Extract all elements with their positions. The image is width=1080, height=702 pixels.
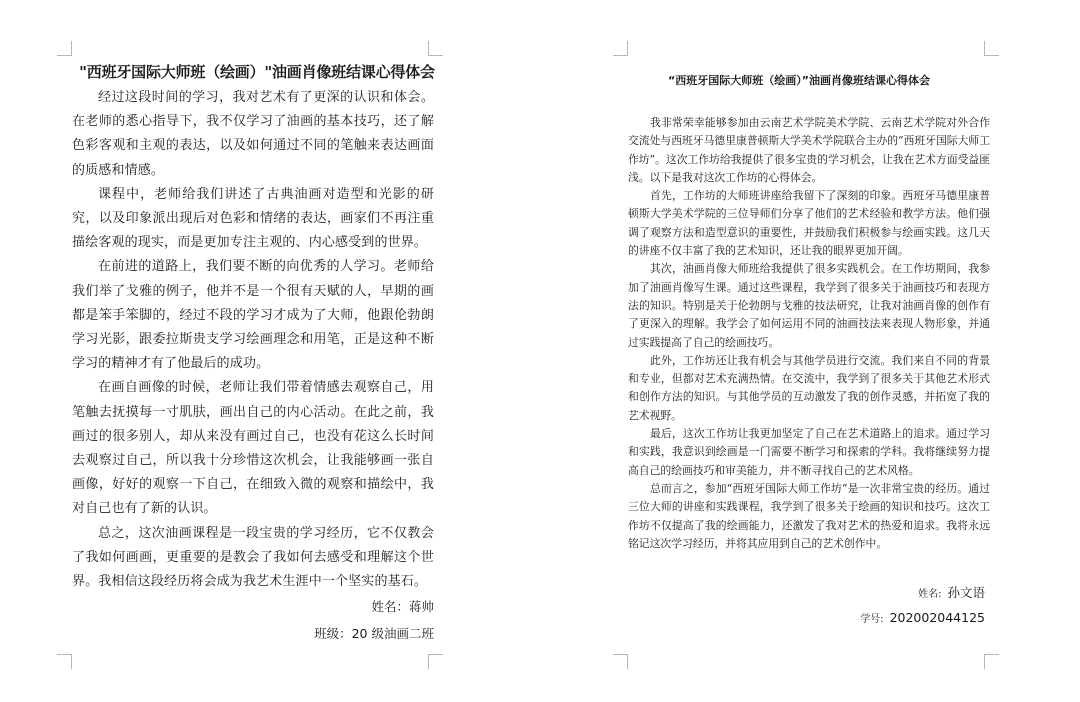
- crop-mark-top-right: [984, 41, 999, 56]
- crop-mark-top-left: [613, 41, 628, 56]
- crop-mark-top-left: [57, 41, 72, 56]
- paragraph: 其次，油画肖像大师班给我提供了很多实践机会。在工作坊期间，我参加了油画肖像写生课…: [628, 260, 990, 351]
- essay-body: 经过这段时间的学习，我对艺术有了更深的认识和体会。在老师的悉心指导下，我不仅学习…: [72, 86, 434, 594]
- name-value: 孙文语: [947, 585, 985, 600]
- left-document-page: "西班牙国际大师班（绘画）"油画肖像班结课心得体会 经过这段时间的学习，我对艺术…: [0, 0, 540, 702]
- crop-mark-bottom-right: [984, 654, 999, 669]
- crop-mark-top-right: [428, 41, 443, 56]
- page-title: “西班牙国际大师班（绘画）”油画肖像班结课心得体会: [668, 72, 998, 88]
- author-class: 班级：20 级油画二班: [314, 624, 434, 642]
- page-title: "西班牙国际大师班（绘画）"油画肖像班结课心得体会: [72, 61, 442, 82]
- paragraph: 经过这段时间的学习，我对艺术有了更深的认识和体会。在老师的悉心指导下，我不仅学习…: [72, 86, 434, 183]
- paragraph: 在前进的道路上，我们要不断的向优秀的人学习。老师给我们举了戈雅的例子，他并不是一…: [72, 255, 434, 376]
- crop-mark-bottom-left: [57, 654, 72, 669]
- name-label: 姓名:: [918, 589, 941, 600]
- essay-body: 我非常荣幸能够参加由云南艺术学院美术学院、云南艺术学院对外合作交流处与西班牙马德…: [628, 114, 990, 553]
- paragraph: 总之，这次油画课程是一段宝贵的学习经历，它不仅教会了我如何画画，更重要的是教会了…: [72, 522, 434, 595]
- paragraph: 我非常荣幸能够参加由云南艺术学院美术学院、云南艺术学院对外合作交流处与西班牙马德…: [628, 114, 990, 187]
- paragraph: 最后，这次工作坊让我更加坚定了自己在艺术道路上的追求。通过学习和实践，我意识到绘…: [628, 425, 990, 480]
- paragraph: 此外，工作坊还让我有机会与其他学员进行交流。我们来自不同的背景和专业，但都对艺术…: [628, 352, 990, 425]
- id-value: 202002044125: [890, 610, 985, 625]
- author-name: 姓名：蒋帅: [371, 597, 434, 615]
- right-document-page: “西班牙国际大师班（绘画）”油画肖像班结课心得体会 我非常荣幸能够参加由云南艺术…: [540, 0, 1080, 702]
- paragraph: 首先，工作坊的大师班讲座给我留下了深刻的印象。西班牙马德里康普顿斯大学美术学院的…: [628, 187, 990, 260]
- student-id: 学号:202002044125: [860, 607, 985, 626]
- paragraph: 总而言之，参加“西班牙国际大师工作坊”是一次非常宝贵的经历。通过三位大师的讲座和…: [628, 480, 990, 553]
- paragraph: 在画自画像的时候，老师让我们带着情感去观察自己，用笔触去抚摸每一寸肌肤，画出自己…: [72, 376, 434, 521]
- id-label: 学号:: [860, 614, 883, 625]
- crop-mark-bottom-right: [428, 654, 443, 669]
- paragraph: 课程中，老师给我们讲述了古典油画对造型和光影的研究，以及印象派出现后对色彩和情绪…: [72, 183, 434, 256]
- crop-mark-bottom-left: [613, 654, 628, 669]
- author-name: 姓名:孙文语: [918, 582, 985, 601]
